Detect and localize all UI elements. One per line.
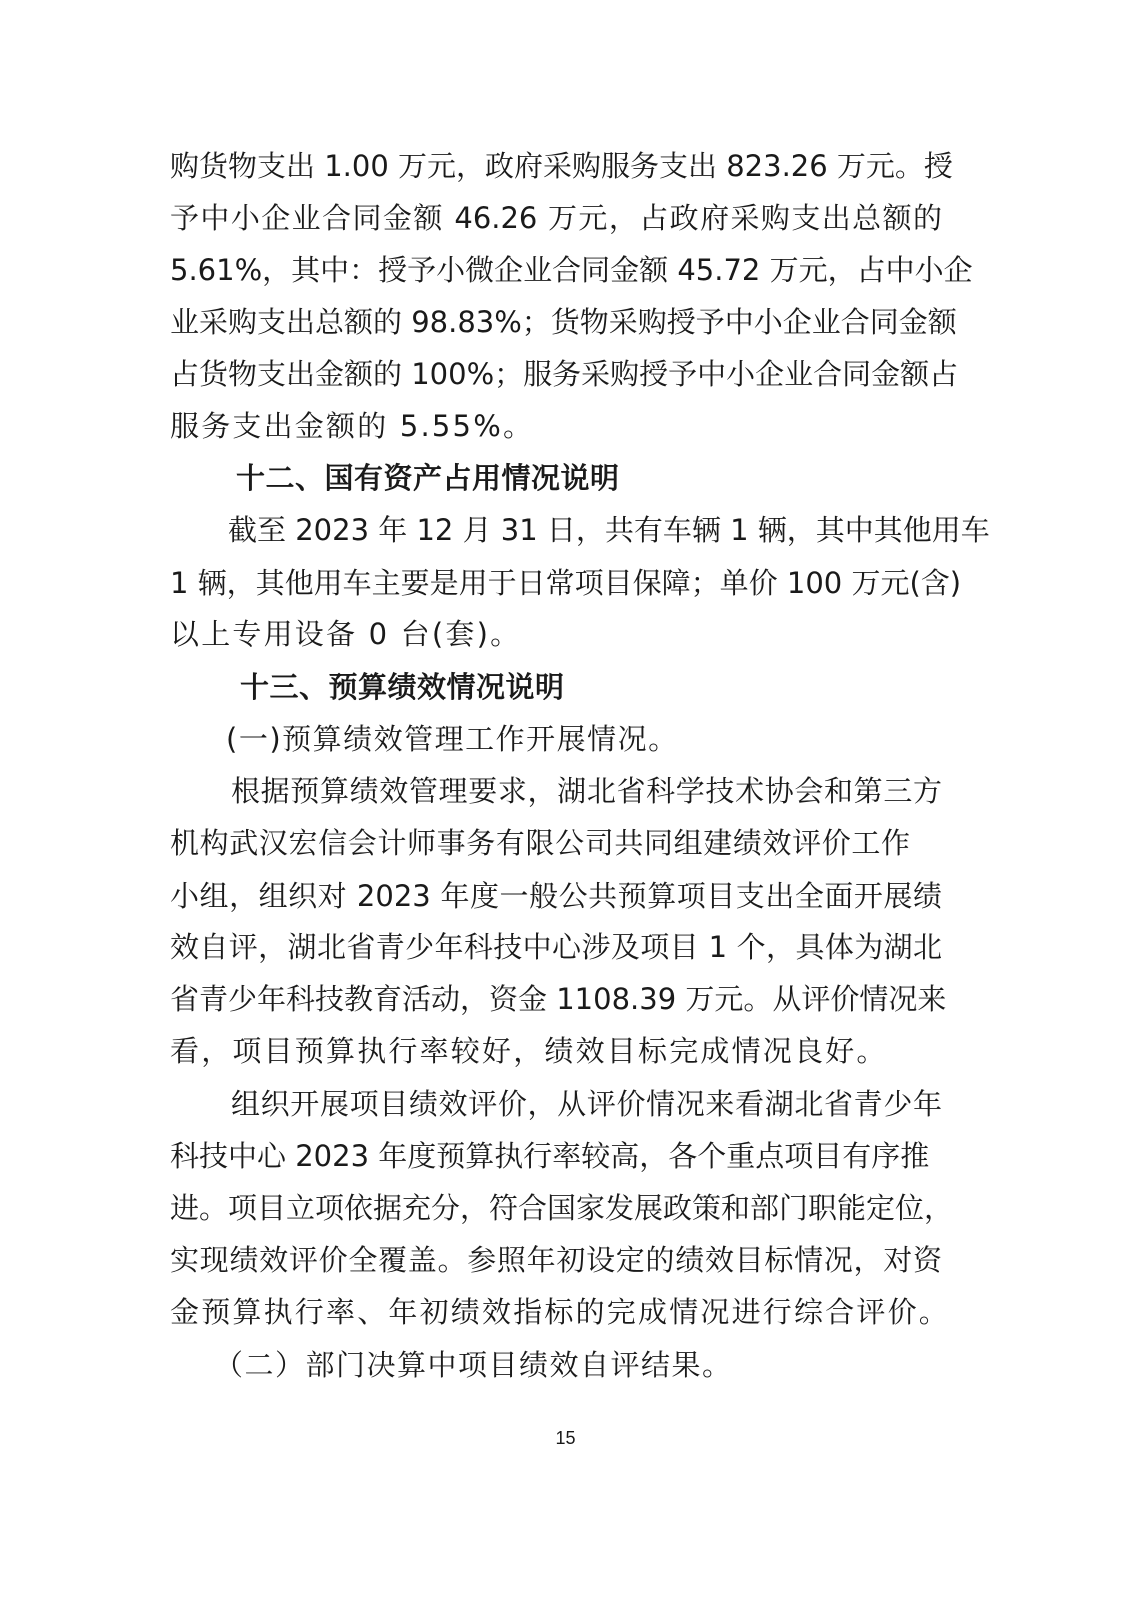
paragraph-line: 占货物支出金额的 100%；服务采购授予中小企业合同金额占 bbox=[170, 354, 942, 394]
paragraph-line: 效自评，湖北省青少年科技中心涉及项目 1 个，具体为湖北 bbox=[170, 927, 942, 967]
section-heading: 十三、预算绩效情况说明 bbox=[240, 667, 565, 707]
paragraph-line: 予中小企业合同金额 46.26 万元，占政府采购支出总额的 bbox=[170, 198, 942, 238]
paragraph-line: 金预算执行率、年初绩效指标的完成情况进行综合评价。 bbox=[170, 1292, 950, 1332]
paragraph-line: 5.61%，其中：授予小微企业合同金额 45.72 万元，占中小企 bbox=[170, 250, 942, 290]
subsection-heading: （二）部门决算中项目绩效自评结果。 bbox=[214, 1345, 733, 1385]
paragraph-line: 小组，组织对 2023 年度一般公共预算项目支出全面开展绩 bbox=[170, 876, 942, 916]
paragraph-line: 实现绩效评价全覆盖。参照年初设定的绩效目标情况，对资 bbox=[170, 1240, 942, 1280]
subsection-heading: (一)预算绩效管理工作开展情况。 bbox=[226, 719, 679, 759]
paragraph-line: 看，项目预算执行率较好，绩效目标完成情况良好。 bbox=[170, 1031, 888, 1071]
paragraph-line: 组织开展项目绩效评价，从评价情况来看湖北省青少年 bbox=[231, 1084, 942, 1124]
paragraph-line: 服务支出金额的 5.55%。 bbox=[170, 406, 534, 446]
paragraph-line: 省青少年科技教育活动，资金 1108.39 万元。从评价情况来 bbox=[170, 979, 932, 1019]
paragraph-line: 购货物支出 1.00 万元，政府采购服务支出 823.26 万元。授 bbox=[170, 146, 942, 186]
paragraph-line: 进。项目立项依据充分，符合国家发展政策和部门职能定位， bbox=[170, 1188, 942, 1228]
page-number: 15 bbox=[0, 1428, 1131, 1449]
paragraph-line: 业采购支出总额的 98.83%；货物采购授予中小企业合同金额 bbox=[170, 302, 942, 342]
paragraph-line: 根据预算绩效管理要求，湖北省科学技术协会和第三方 bbox=[231, 771, 942, 811]
paragraph-line: 机构武汉宏信会计师事务有限公司共同组建绩效评价工作 bbox=[170, 823, 910, 863]
paragraph-line: 截至 2023 年 12 月 31 日，共有车辆 1 辆，其中其他用车 bbox=[228, 510, 942, 550]
paragraph-line: 科技中心 2023 年度预算执行率较高，各个重点项目有序推 bbox=[170, 1136, 926, 1176]
paragraph-line: 以上专用设备 0 台(套)。 bbox=[170, 614, 521, 654]
paragraph-line: 1 辆，其他用车主要是用于日常项目保障；单价 100 万元(含) bbox=[170, 563, 942, 603]
section-heading: 十二、国有资产占用情况说明 bbox=[236, 458, 620, 498]
